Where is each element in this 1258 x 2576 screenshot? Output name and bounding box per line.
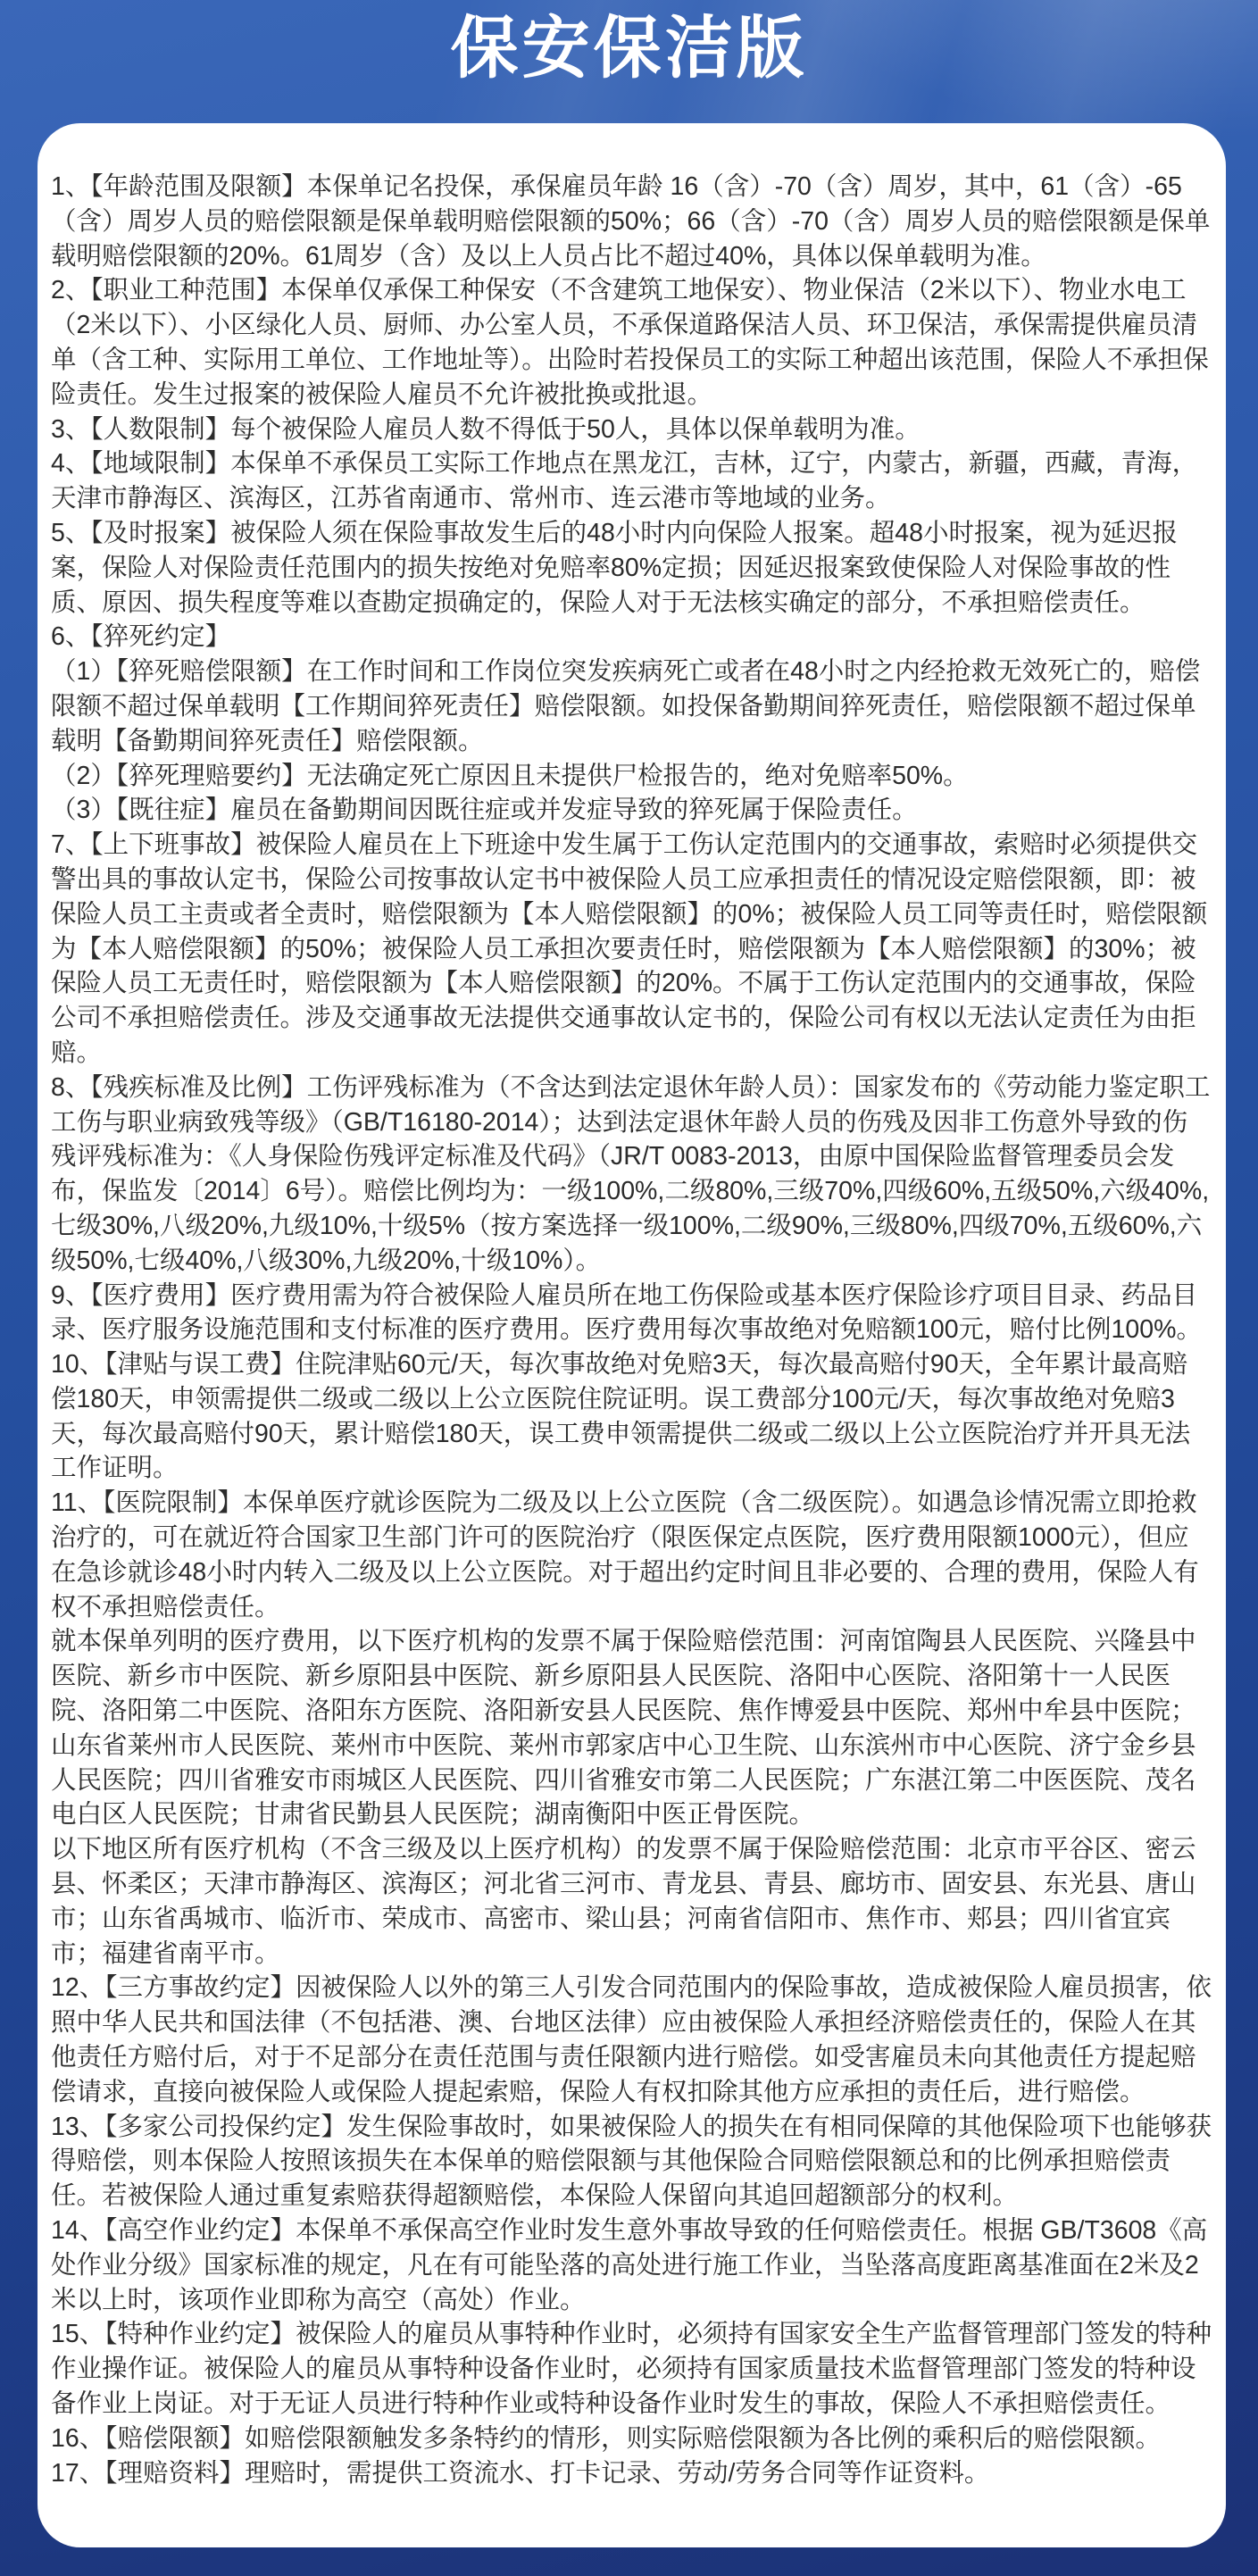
terms-list: 1、【年龄范围及限额】本保单记名投保，承保雇员年龄 16（含）-70（含）周岁，… <box>51 170 1212 2490</box>
term-paragraph: 7、【上下班事故】被保险人雇员在上下班途中发生属于工伤认定范围内的交通事故，索赔… <box>51 828 1212 1071</box>
term-paragraph: （2）【猝死理赔要约】无法确定死亡原因且未提供尸检报告的，绝对免赔率50%。 <box>51 759 1212 794</box>
term-paragraph: 2、【职业工种范围】本保单仅承保工种保安（不含建筑工地保安）、物业保洁（2米以下… <box>51 273 1212 412</box>
page-title: 保安保洁版 <box>0 0 1258 98</box>
term-paragraph: 16、【赔偿限额】如赔偿限额触发多条特约的情形，则实际赔偿限额为各比例的乘积后的… <box>51 2422 1212 2456</box>
term-paragraph: （3）【既往症】雇员在备勤期间因既往症或并发症导致的猝死属于保险责任。 <box>51 793 1212 828</box>
term-paragraph: 就本保单列明的医疗费用，以下医疗机构的发票不属于保险赔偿范围：河南馆陶县人民医院… <box>51 1624 1212 1832</box>
term-paragraph: 12、【三方事故约定】因被保险人以外的第三人引发合同范围内的保险事故，造成被保险… <box>51 1971 1212 2109</box>
term-paragraph: 6、【猝死约定】 <box>51 620 1212 654</box>
term-paragraph: 5、【及时报案】被保险人须在保险事故发生后的48小时内向保险人报案。超48小时报… <box>51 516 1212 620</box>
term-paragraph: 14、【高空作业约定】本保单不承保高空作业时发生意外事故导致的任何赔偿责任。根据… <box>51 2213 1212 2317</box>
term-paragraph: 8、【残疾标准及比例】工伤评残标准为（不含达到法定退休年龄人员）：国家发布的《劳… <box>51 1071 1212 1279</box>
term-paragraph: 15、【特种作业约定】被保险人的雇员从事特种作业时，必须持有国家安全生产监督管理… <box>51 2317 1212 2421</box>
term-paragraph: 17、【理赔资料】理赔时，需提供工资流水、打卡记录、劳动/劳务合同等作证资料。 <box>51 2456 1212 2491</box>
term-paragraph: 3、【人数限制】每个被保险人雇员人数不得低于50人，具体以保单载明为准。 <box>51 413 1212 447</box>
term-paragraph: 13、【多家公司投保约定】发生保险事故时，如果被保险人的损失在有相同保障的其他保… <box>51 2110 1212 2213</box>
terms-card: 1、【年龄范围及限额】本保单记名投保，承保雇员年龄 16（含）-70（含）周岁，… <box>37 123 1226 2547</box>
term-paragraph: 11、【医院限制】本保单医疗就诊医院为二级及以上公立医院（含二级医院）。如遇急诊… <box>51 1486 1212 1624</box>
poster-background: 保安保洁版 1、【年龄范围及限额】本保单记名投保，承保雇员年龄 16（含）-70… <box>0 0 1258 2576</box>
term-paragraph: 4、【地域限制】本保单不承保员工实际工作地点在黑龙江，吉林，辽宁，内蒙古，新疆，… <box>51 446 1212 516</box>
term-paragraph: 9、【医疗费用】医疗费用需为符合被保险人雇员所在地工伤保险或基本医疗保险诊疗项目… <box>51 1279 1212 1348</box>
term-paragraph: 1、【年龄范围及限额】本保单记名投保，承保雇员年龄 16（含）-70（含）周岁，… <box>51 170 1212 273</box>
term-paragraph: 10、【津贴与误工费】住院津贴60元/天，每次事故绝对免赔3天，每次最高赔付90… <box>51 1347 1212 1486</box>
term-paragraph: （1）【猝死赔偿限额】在工作时间和工作岗位突发疾病死亡或者在48小时之内经抢救无… <box>51 654 1212 758</box>
term-paragraph: 以下地区所有医疗机构（不含三级及以上医疗机构）的发票不属于保险赔偿范围：北京市平… <box>51 1832 1212 1971</box>
